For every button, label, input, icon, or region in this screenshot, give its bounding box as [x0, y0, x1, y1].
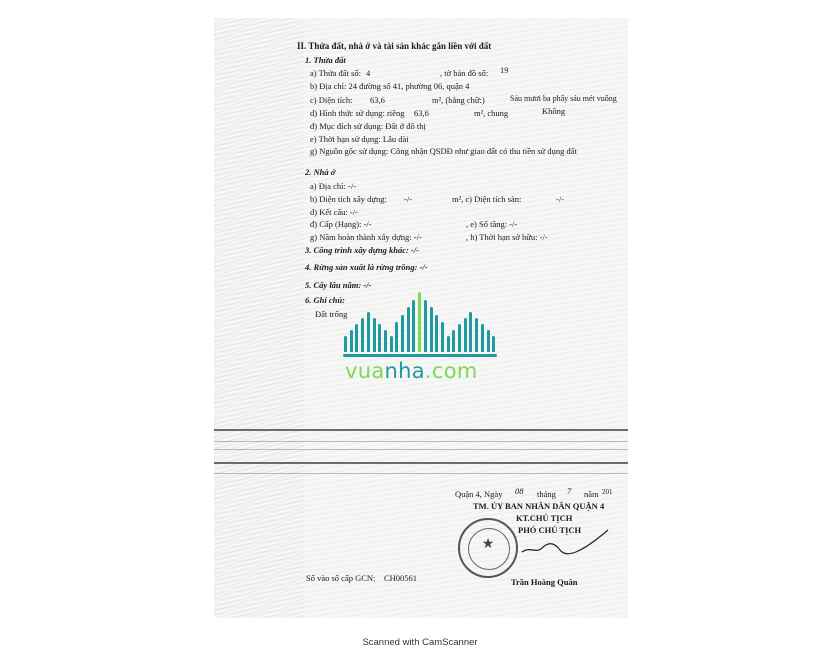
house-grade: đ) Cấp (Hạng): -/- — [310, 220, 372, 229]
logo-bar — [412, 300, 415, 353]
usage-form-unit: m², chung — [474, 109, 508, 118]
logo-bar — [441, 322, 444, 352]
logo-bar — [367, 312, 370, 352]
logo-bar — [492, 336, 495, 352]
divider-line — [214, 441, 628, 442]
logo-bar — [458, 324, 461, 352]
date-month: 7 — [567, 487, 571, 496]
for-chairman: KT.CHỦ TỊCH — [516, 514, 572, 523]
notes-heading: 6. Ghi chú: — [305, 296, 345, 305]
logo-text: vuanha.com — [345, 359, 478, 383]
camscanner-footer: Scanned with CamScanner — [0, 637, 840, 648]
floor-area-label: m², c) Diện tích sàn: — [452, 195, 521, 204]
map-sheet-number: 19 — [500, 66, 509, 75]
divider-line — [214, 473, 628, 474]
house-floors: , e) Số tầng: -/- — [466, 220, 517, 229]
land-origin: g) Nguồn gốc sử dụng: Công nhận QSDĐ như… — [310, 147, 577, 156]
logo-bar — [430, 307, 433, 352]
land-term: e) Thời hạn sử dụng: Lâu dài — [310, 135, 409, 144]
registry-label: Số vào sổ cấp GCN: — [306, 574, 375, 583]
usage-form-label: d) Hình thức sử dụng: riêng — [310, 109, 404, 118]
house-completion-year: g) Năm hoàn thành xây dựng: -/- — [310, 233, 422, 242]
logo-bar — [401, 315, 404, 353]
date-line-place: Quận 4, Ngày — [455, 490, 502, 499]
date-year-label: năm — [584, 490, 599, 499]
logo-bar — [390, 336, 393, 352]
map-sheet-label: , tờ bản đồ số: — [440, 69, 488, 78]
land-address: b) Địa chỉ: 24 đường số 41, phường 06, q… — [310, 82, 469, 91]
land-purpose: đ) Mục đích sử dụng: Đất ở đô thị — [310, 122, 426, 131]
date-year: 201 — [602, 489, 613, 496]
authority-title: TM. ỦY BAN NHÂN DÂN QUẬN 4 — [473, 502, 604, 511]
date-month-label: tháng — [537, 490, 556, 499]
logo-bar — [395, 322, 398, 352]
parcel-number: 4 — [366, 69, 370, 78]
logo-bar — [452, 330, 455, 352]
logo-bar — [418, 292, 421, 352]
official-seal: ★ — [458, 518, 518, 578]
house-ownership-term: , h) Thời hạn sở hữu: -/- — [466, 233, 548, 242]
logo-bar — [350, 330, 353, 352]
date-day: 08 — [515, 487, 524, 496]
built-area-value: -/- — [404, 195, 412, 204]
star-icon: ★ — [460, 536, 516, 553]
house-structure: d) Kết cấu: -/- — [310, 208, 358, 217]
logo-bar — [344, 336, 347, 352]
logo-bar — [447, 336, 450, 352]
usage-form-private: 63,6 — [414, 109, 429, 118]
parcel-number-label: a) Thửa đất số: — [310, 69, 361, 78]
house-heading: 2. Nhà ở — [305, 168, 335, 177]
other-construction: 3. Công trình xây dựng khác: -/- — [305, 246, 419, 255]
logo-underline — [343, 354, 497, 357]
house-address: a) Địa chỉ: -/- — [310, 182, 356, 191]
logo-bar — [424, 300, 427, 353]
vuanha-watermark-logo: vuanha.com — [343, 275, 497, 385]
area-in-words: Sáu mươi ba phẩy sáu mét vuông — [510, 95, 617, 103]
divider-line — [214, 462, 628, 464]
section-title: II. Thửa đất, nhà ở và tài sản khác gắn … — [297, 42, 491, 51]
signer-name: Trần Hoàng Quân — [511, 578, 577, 587]
area-unit: m², (bằng chữ:) — [432, 96, 485, 105]
area-value: 63,6 — [370, 96, 385, 105]
logo-bar — [487, 330, 490, 352]
land-heading: 1. Thửa đất — [305, 56, 346, 65]
logo-bar — [475, 318, 478, 352]
logo-bar — [361, 318, 364, 352]
logo-bar — [469, 312, 472, 352]
logo-bar — [355, 324, 358, 352]
built-area-label: b) Diện tích xây dựng: — [310, 195, 387, 204]
divider-line — [214, 449, 628, 450]
logo-bar — [435, 315, 438, 353]
logo-bar — [407, 307, 410, 352]
signature — [520, 528, 610, 558]
usage-form-shared: Không — [542, 107, 565, 116]
area-label: c) Diện tích: — [310, 96, 352, 105]
logo-bar — [481, 324, 484, 352]
logo-bar — [464, 318, 467, 352]
floor-area-value: -/- — [556, 195, 564, 204]
forest: 4. Rừng sản xuất là rừng trồng: -/- — [305, 263, 428, 272]
logo-bar — [384, 330, 387, 352]
logo-bar — [378, 324, 381, 352]
logo-bar — [373, 318, 376, 352]
divider-line — [214, 429, 628, 431]
registry-number: CH00561 — [384, 574, 417, 583]
